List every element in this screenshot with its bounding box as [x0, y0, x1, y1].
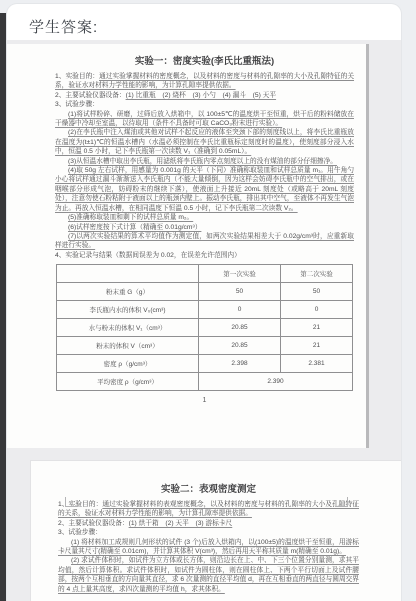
- experiment2-title: 实验二：表观密度测定: [58, 481, 359, 495]
- paragraph: (2)在李氏瓶中注入煤油或其他对试样不起反应的液体至突颈下部的刻度线以上，将李氏…: [55, 128, 354, 156]
- table-cell: 2.381: [281, 355, 353, 373]
- answer-page-1: 实验一：密度实验(李氏比重瓶法) 1、实验目的：通过实验掌握材料的密度概念，以及…: [7, 44, 369, 448]
- table-header-row: 第一次实验 第二次实验: [57, 265, 353, 283]
- student-answer-card: 学生答案: 实验一：密度实验(李氏比重瓶法) 1、实验目的：通过实验掌握材料的密…: [7, 4, 401, 601]
- paragraph-answer: 通过实验掌握材料的表观密度概念，以及材料的密度与材料的孔隙率的大小及孔隙特征的关…: [58, 501, 359, 517]
- paragraph: (7)以两次实验结果的算术平均值作为测定值，如两次实验结果相差大于 0.02g/…: [55, 232, 354, 251]
- paragraph: (1)将试样粉碎、研磨，过筛后放入烘箱中，以 100±5℃的温度烘干至恒重，烘干…: [55, 110, 354, 129]
- table-cell: 20.85: [199, 319, 281, 337]
- paragraph: 2、主要试验仪器设备：(1) 烘干箱 (2) 天平 (3) 游标卡尺: [58, 519, 359, 528]
- table-cell: 21: [281, 337, 353, 355]
- paragraph-answer: (2) 求试件体积时，如试件为立方体或长方体，则沿边长在上、中、下三个位置分别量…: [58, 557, 359, 592]
- paragraph-answer: (5)准确称取装皿和剩下的试样总质量 m₂。: [68, 214, 193, 221]
- photo-dark-edge: [0, 13, 7, 601]
- answer-sheet-photo[interactable]: 实验一：密度实验(李氏比重瓶法) 1、实验目的：通过实验掌握材料的密度概念，以及…: [7, 40, 401, 601]
- table-row: 李氏瓶内水的体积 V₀(cm³) 0 0: [57, 301, 353, 319]
- paragraph-note: （数据间误差为 0.02，在误差允许范围内）: [112, 252, 241, 259]
- row-label: 平均密度 ρ（g/cm³）: [57, 373, 199, 391]
- paragraph-head: 1、实验目的：: [55, 73, 99, 80]
- paragraph-head: 3、试验步骤：: [55, 101, 99, 108]
- page-number: 1: [55, 397, 354, 404]
- paragraph: (1) 将材料加工成规则几何形状的试件 (3 个)后放入烘箱内，以(100±5)…: [58, 538, 359, 557]
- paragraph: 1、实验目的：通过实验掌握材料的表观密度概念，以及材料的密度与材料的孔隙率的大小…: [58, 500, 359, 519]
- paragraph-head: 3、试验步骤：: [58, 529, 102, 536]
- paragraph: (3)从恒温水槽中取出李氏瓶，用滤纸将李氏瓶内零点刻度以上的没有煤油的部分仔细擦…: [55, 157, 354, 166]
- table-cell: 50: [199, 283, 281, 301]
- paragraph: (5)准确称取装皿和剩下的试样总质量 m₂。: [55, 213, 354, 222]
- crop-mark-left: [65, 497, 78, 507]
- table-cell: 21: [281, 319, 353, 337]
- paragraph: 4、实验记录与结果（数据间误差为 0.02，在误差允许范围内）: [55, 251, 354, 260]
- table-cell: 20.85: [199, 337, 281, 355]
- paragraph: (4)取 50g 左右试样，用感量为 0.001g 的天平（下同）准确称取装皿和…: [55, 166, 354, 213]
- table-cell: 50: [281, 283, 353, 301]
- paragraph-answer: (1) 比重瓶 (2) 烧杯 (3) 小勺 (4) 漏斗 (5) 天平: [126, 92, 276, 99]
- table-row: 密度 ρ（g/cm³） 2.398 2.381: [57, 355, 353, 373]
- table-cell: 2.398: [199, 355, 281, 373]
- table-col-header: 第二次实验: [281, 265, 353, 283]
- table-cell: 0: [281, 301, 353, 319]
- paragraph: 3、试验步骤：: [58, 528, 359, 537]
- table-cell-merged: 2.390: [199, 373, 353, 391]
- row-label: 李氏瓶内水的体积 V₀(cm³): [57, 301, 199, 319]
- paragraph-head: 4、实验记录与结果: [55, 252, 112, 259]
- table-row: 粉末重 G（g） 50 50: [57, 283, 353, 301]
- paragraph-answer: 通过实验掌握材料的密度概念，以及材料的密度与材料的孔隙率的大小及孔隙特征的关系，…: [55, 73, 354, 89]
- paragraph-head: 2、主要试验仪器设备：: [55, 92, 126, 99]
- table-row: 粉末的体积 V（cm³） 20.85 21: [57, 337, 353, 355]
- paragraph-answer: (7)以两次实验结果的算术平均值作为测定值，如两次实验结果相差大于 0.02g/…: [55, 233, 354, 249]
- paragraph: (2) 求试件体积时，如试件为立方体或长方体，则沿边长在上、中、下三个位置分别量…: [58, 556, 359, 594]
- paragraph-head: 2、主要试验仪器设备：: [58, 520, 129, 527]
- experiment1-title: 实验一：密度实验(李氏比重瓶法): [55, 53, 354, 67]
- paragraph-answer: (6)试样密度按下式计算（精确至 0.01g/cm³）: [68, 224, 201, 231]
- answer-page-2: 实验二：表观密度测定 1、实验目的：通过实验掌握材料的表观密度概念，以及材料的密…: [31, 461, 401, 601]
- paragraph: 2、主要试验仪器设备：(1) 比重瓶 (2) 烧杯 (3) 小勺 (4) 漏斗 …: [55, 91, 354, 100]
- row-label: 密度 ρ（g/cm³）: [57, 355, 199, 373]
- table-row: 平均密度 ρ（g/cm³） 2.390: [57, 373, 353, 391]
- row-label: 水与粉末的体积 V₁（cm³）: [57, 319, 199, 337]
- paragraph-answer: (2)在李氏瓶中注入煤油或其他对试样不起反应的液体至突颈下部的刻度线以上，将李氏…: [55, 129, 354, 155]
- table-cell: 0: [199, 301, 281, 319]
- paragraph-answer: (1) 烘干箱 (2) 天平 (3) 游标卡尺: [129, 520, 233, 527]
- row-label: 粉末的体积 V（cm³）: [57, 337, 199, 355]
- paragraph: 3、试验步骤：: [55, 100, 354, 109]
- table-row: 水与粉末的体积 V₁（cm³） 20.85 21: [57, 319, 353, 337]
- student-answer-label: 学生答案:: [29, 16, 98, 37]
- table-col-header: 第一次实验: [199, 265, 281, 283]
- paragraph: (6)试样密度按下式计算（精确至 0.01g/cm³）: [55, 223, 354, 232]
- paragraph-answer: (1)将试样粉碎、研磨，过筛后放入烘箱中，以 100±5℃的温度烘干至恒重，烘干…: [55, 111, 354, 127]
- paragraph-answer: (3)从恒温水槽中取出李氏瓶，用滤纸将李氏瓶内零点刻度以上的没有煤油的部分仔细擦…: [68, 158, 337, 165]
- crop-mark-right: [335, 497, 348, 507]
- table-cell-blank: [57, 265, 199, 283]
- row-label: 粉末重 G（g）: [57, 283, 199, 301]
- paragraph-answer: (4)取 50g 左右试样，用感量为 0.001g 的天平（下同）准确称取装皿和…: [55, 167, 354, 212]
- paragraph-answer: (1) 将材料加工成规则几何形状的试件 (3 个)后放入烘箱内，以(100±5)…: [58, 539, 359, 555]
- paragraph: 1、实验目的：通过实验掌握材料的密度概念，以及材料的密度与材料的孔隙率的大小及孔…: [55, 72, 354, 91]
- results-table: 第一次实验 第二次实验 粉末重 G（g） 50 50 李氏瓶内水的体积 V₀(c…: [56, 264, 353, 391]
